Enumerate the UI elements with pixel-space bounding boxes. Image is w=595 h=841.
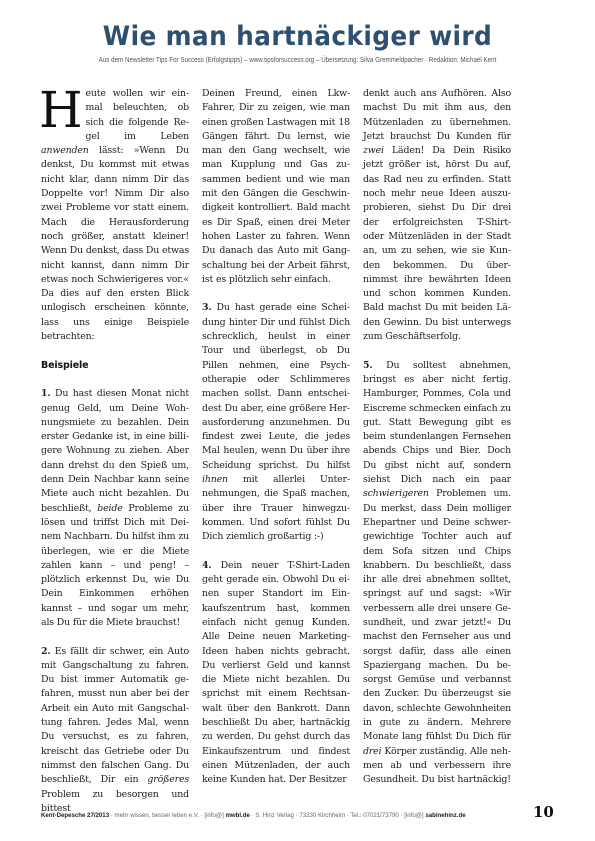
example-2-part-2: Deinen Freund, einen Lkw-Fahrer, Dir zu …: [202, 87, 350, 287]
publication-name: Kent-Depesche 27/2013: [41, 812, 109, 819]
article-title: Wie man hartnäckiger wird: [24, 20, 571, 54]
intro-paragraph: Heute wollen wir ein­mal beleuchten, ob …: [41, 87, 189, 344]
link-sabinehinz[interactable]: sabinehinz.de: [425, 812, 465, 819]
example-4-part-2: denkt auch ans Aufhören. Also machst Du …: [363, 87, 511, 344]
link-mwbl[interactable]: mwbl.de: [225, 812, 249, 819]
column-2: Deinen Freund, einen Lkw-Fahrer, Dir zu …: [202, 87, 350, 816]
example-5: 5. Du solltest abnehmen, bringst es aber…: [363, 359, 511, 788]
section-heading: Beispiele: [41, 359, 189, 373]
page-number: 10: [533, 803, 554, 821]
column-1: Heute wollen wir ein­mal beleuchten, ob …: [41, 87, 189, 816]
drop-cap: H: [39, 90, 82, 130]
page-footer: Kent-Depesche 27/2013 · mehr wissen, bes…: [41, 812, 521, 819]
article-subtitle: Aus dem Newsletter Tips For Success (Erf…: [54, 55, 542, 64]
article-body: Heute wollen wir ein­mal beleuchten, ob …: [41, 87, 511, 816]
example-4-part-1: 4. Dein neuer T-Shirt-Laden geht gerade …: [202, 559, 350, 788]
example-3: 3. Du hast gerade eine Schei­dung hinter…: [202, 301, 350, 544]
example-2-part-1: 2. Es fällt dir schwer, ein Auto mit Gan…: [41, 645, 189, 817]
example-1: 1. Du hast diesen Monat nicht genug Geld…: [41, 387, 189, 630]
column-3: denkt auch ans Aufhören. Also machst Du …: [363, 87, 511, 816]
